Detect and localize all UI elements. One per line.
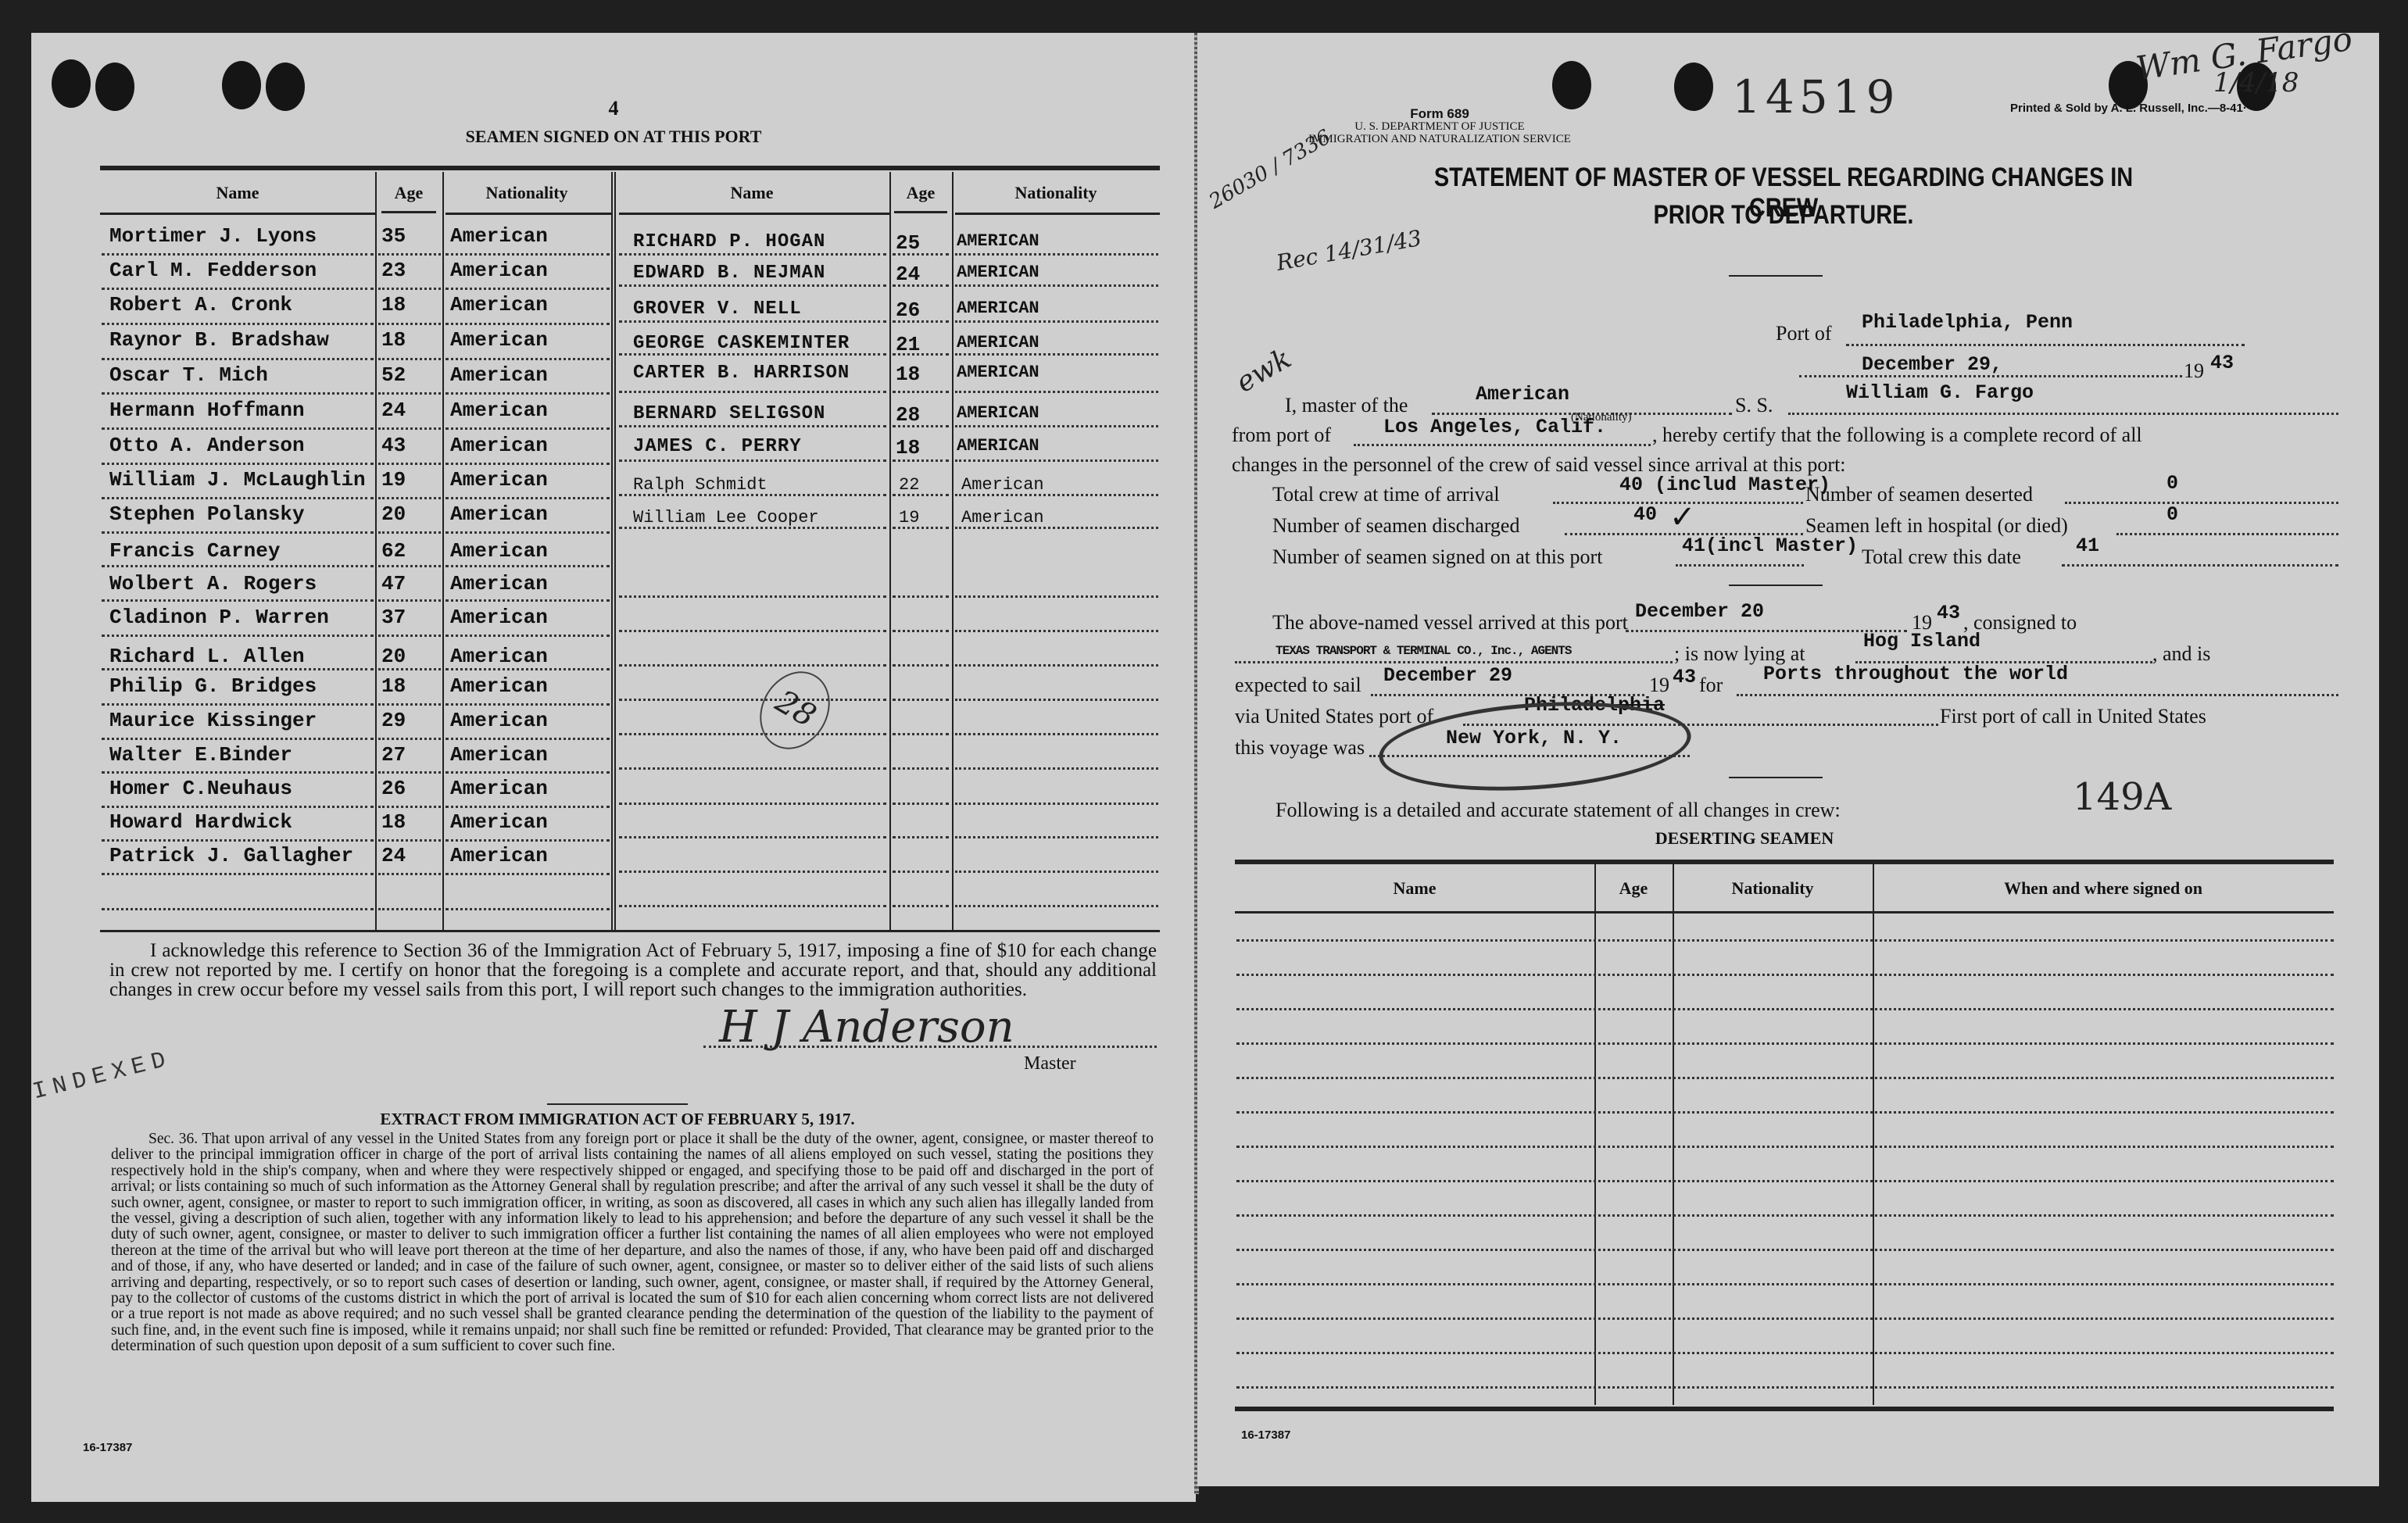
header-name: Name: [100, 183, 375, 203]
seaman-nationality: AMERICAN: [957, 436, 1039, 456]
table-row: Francis Carney62American: [31, 539, 611, 574]
signed-on-value: 41(incl Master): [1682, 534, 1858, 557]
certify-text: , hereby certify that the following is a…: [1652, 424, 2142, 447]
handwritten-code: 149A: [2073, 775, 2171, 819]
total-crew-value: 40 (includ Master): [1619, 474, 1830, 496]
vessel-line: [1788, 413, 2338, 415]
consignee-line: [1235, 661, 1673, 663]
seaman-nationality: American: [450, 674, 548, 698]
seaman-age: 26: [896, 299, 920, 322]
circled-count-annotation: 28: [746, 659, 844, 762]
seaman-age: 25: [896, 231, 920, 255]
total-today-label: Total crew this date: [1862, 545, 2021, 569]
punch-hole: [266, 63, 305, 111]
seaman-name: RICHARD P. HOGAN: [633, 231, 825, 252]
indexed-stamp: INDEXED: [30, 1046, 175, 1106]
seaman-nationality: American: [961, 508, 1044, 527]
deserted-value: 0: [2166, 472, 2178, 495]
seaman-age: 19: [899, 508, 919, 527]
punch-hole: [52, 59, 91, 108]
master-signature: H J Anderson: [719, 1002, 1014, 1053]
header-rule: [100, 213, 375, 215]
seaman-name: Wolbert A. Rogers: [109, 572, 317, 595]
from-port-value: Los Angeles, Calif.: [1383, 416, 1606, 438]
seaman-nationality: American: [450, 572, 548, 595]
table-row: Ralph Schmidt22American: [31, 475, 1160, 509]
signature-label: Master: [1024, 1053, 1076, 1074]
seaman-nationality: American: [450, 743, 548, 767]
seaman-nationality: American: [450, 539, 548, 563]
table-top-rule: [100, 166, 1160, 170]
arrival-value: December 20: [1635, 600, 1764, 623]
handwritten-initials: ewk: [1231, 342, 1297, 399]
from-port-line: [1354, 444, 1651, 446]
seaman-age: 26: [381, 777, 406, 800]
seaman-name: Cladinon P. Warren: [109, 606, 329, 629]
deserted-label: Number of seamen deserted: [1805, 483, 2033, 506]
master-nationality-value: American: [1476, 383, 1569, 406]
seaman-age: 47: [381, 572, 406, 595]
deserting-title: DESERTING SEAMEN: [1510, 828, 1979, 849]
from-port-label: from port of: [1232, 424, 1331, 447]
deserting-header-name: Name: [1235, 878, 1594, 899]
header-age-2: Age: [889, 183, 952, 203]
seaman-name: GROVER V. NELL: [633, 299, 802, 320]
seaman-age: 24: [381, 844, 406, 867]
section-title: SEAMEN SIGNED ON AT THIS PORT: [266, 127, 961, 147]
col-divider: [1594, 864, 1596, 1405]
seaman-age: 18: [896, 363, 920, 386]
following-text: Following is a detailed and accurate sta…: [1276, 799, 1841, 822]
seaman-name: CARTER B. HARRISON: [633, 363, 850, 384]
seaman-name: Walter E.Binder: [109, 743, 292, 767]
year-prefix: 19: [2184, 359, 2204, 383]
table-row: William Lee Cooper19American: [31, 508, 1160, 542]
seaman-age: 24: [896, 263, 920, 286]
hospital-value: 0: [2166, 503, 2178, 526]
seaman-name: Maurice Kissinger: [109, 709, 317, 732]
seaman-nationality: American: [450, 810, 548, 834]
seaman-nationality: American: [961, 475, 1044, 495]
deserting-header-rule: [1235, 911, 2334, 913]
seaman-name: GEORGE CASKEMINTER: [633, 333, 850, 354]
seaman-age: 18: [896, 436, 920, 459]
punch-hole: [222, 61, 261, 109]
form-code: 16-17387: [1241, 1428, 1290, 1442]
hospital-line: [2116, 533, 2338, 535]
consignee-value: TEXAS TRANSPORT & TERMINAL CO., Inc., AG…: [1276, 644, 1571, 658]
handwritten-note: 1/4/18: [2213, 67, 2299, 98]
form-title-line2: PRIOR TO DEPARTURE.: [1398, 200, 2169, 231]
seaman-nationality: AMERICAN: [957, 333, 1039, 352]
signed-on-label: Number of seamen signed on at this port: [1272, 545, 1602, 569]
punch-hole: [1552, 61, 1591, 109]
lying-value: Hog Island: [1863, 630, 1980, 652]
seaman-age: 28: [896, 403, 920, 427]
seaman-nationality: AMERICAN: [957, 299, 1039, 318]
divider: [1729, 777, 1823, 778]
handwritten-received-date: Rec 14/31/43: [1275, 225, 1424, 276]
seaman-name: Patrick J. Gallagher: [109, 844, 353, 867]
table-row: GROVER V. NELL26AMERICAN: [31, 299, 1160, 333]
deserting-table-top-rule: [1235, 860, 2334, 864]
divider: [1729, 585, 1823, 586]
form-code: 16-17387: [83, 1441, 132, 1454]
seaman-nationality: American: [450, 606, 548, 629]
seaman-name: EDWARD B. NEJMAN: [633, 263, 825, 284]
seaman-name: BERNARD SELIGSON: [633, 403, 825, 424]
deserting-header-age: Age: [1594, 878, 1673, 899]
vessel-name: William G. Fargo: [1846, 381, 2034, 404]
deserting-header-nationality: Nationality: [1673, 878, 1873, 899]
seaman-nationality: AMERICAN: [957, 263, 1039, 282]
handwritten-file-number: 14519: [1732, 70, 1900, 123]
via-label: via United States port of: [1235, 705, 1433, 728]
destination-line: [1737, 694, 2338, 696]
sail-label: expected to sail: [1235, 674, 1361, 697]
port-value: Philadelphia, Penn: [1862, 311, 2073, 334]
header-age: Age: [375, 183, 442, 203]
header-name-2: Name: [614, 183, 889, 203]
date-value: December 29,: [1862, 353, 2002, 376]
seaman-nationality: AMERICAN: [957, 231, 1039, 251]
header-nationality: Nationality: [442, 183, 611, 203]
left-page: 4 SEAMEN SIGNED ON AT THIS PORT Name Age…: [31, 33, 1196, 1502]
header-rule: [955, 213, 1160, 215]
seaman-age: 18: [381, 810, 406, 834]
seaman-age: 62: [381, 539, 406, 563]
table-bottom-rule: [100, 930, 1160, 932]
deserting-header-signed-on: When and where signed on: [1873, 878, 2334, 899]
table-row: BERNARD SELIGSON28AMERICAN: [31, 403, 1160, 438]
table-row: JAMES C. PERRY18AMERICAN: [31, 436, 1160, 470]
punch-hole: [95, 63, 134, 111]
signed-on-line: [1676, 564, 1804, 567]
voyage-label: this voyage was: [1235, 736, 1365, 760]
seaman-name: Richard L. Allen: [109, 645, 305, 668]
header-rule: [445, 213, 611, 215]
for-label: for: [1699, 674, 1723, 697]
seaman-age: 20: [381, 645, 406, 668]
seaman-age: 27: [381, 743, 406, 767]
deserted-line: [2065, 502, 2338, 504]
total-today-line: [2062, 564, 2338, 567]
right-page: Wm G. Fargo 1/4/18 14519 Printed & Sold …: [1197, 33, 2379, 1486]
seaman-nationality: American: [450, 709, 548, 732]
table-row: RICHARD P. HOGAN25AMERICAN: [31, 231, 1160, 266]
master-of-label: I, master of the: [1285, 394, 1408, 417]
discharged-value: 40: [1633, 503, 1657, 526]
form-number: Form 689: [1377, 106, 1502, 122]
seaman-name: Ralph Schmidt: [633, 475, 767, 495]
extract-title: EXTRACT FROM IMMIGRATION ACT OF FEBRUARY…: [188, 1110, 1047, 1129]
header-rule: [381, 211, 436, 213]
seaman-age: 18: [381, 674, 406, 698]
seaman-age: 22: [899, 475, 919, 495]
header-nationality-2: Nationality: [952, 183, 1160, 203]
col-divider: [1873, 864, 1874, 1405]
seaman-name: Howard Hardwick: [109, 810, 292, 834]
seaman-name: JAMES C. PERRY: [633, 436, 802, 457]
seaman-age: 29: [381, 709, 406, 732]
printer-credit: Printed & Sold by A. L. Russell, Inc.—8-…: [2010, 102, 2247, 115]
destination-value: Ports throughout the world: [1763, 663, 2068, 685]
discharged-label: Number of seamen discharged: [1272, 514, 1519, 538]
table-row: EDWARD B. NEJMAN24AMERICAN: [31, 263, 1160, 297]
year-value: 43: [2210, 352, 2234, 374]
deserting-table-bottom-rule: [1235, 1407, 2334, 1411]
extract-text: Sec. 36. That upon arrival of any vessel…: [111, 1132, 1154, 1355]
divider: [1729, 275, 1823, 277]
seaman-name: Philip G. Bridges: [109, 674, 317, 698]
punch-hole: [1674, 63, 1713, 111]
total-crew-label: Total crew at time of arrival: [1272, 483, 1500, 506]
seaman-nationality: AMERICAN: [957, 363, 1039, 382]
seaman-nationality: American: [450, 777, 548, 800]
port-line: [1846, 344, 2245, 346]
department-name: U. S. DEPARTMENT OF JUSTICE: [1307, 120, 1573, 134]
sail-year: 43: [1673, 666, 1696, 688]
col-divider: [1673, 864, 1674, 1405]
header-rule: [894, 211, 947, 213]
port-label: Port of: [1776, 322, 1832, 345]
seaman-name: William Lee Cooper: [633, 508, 819, 527]
seaman-nationality: AMERICAN: [957, 403, 1039, 423]
arrival-label: The above-named vessel arrived at this p…: [1272, 611, 1628, 635]
seaman-age: 37: [381, 606, 406, 629]
and-is-label: , and is: [2152, 642, 2210, 666]
ss-label: S. S.: [1735, 394, 1773, 417]
seaman-nationality: American: [450, 844, 548, 867]
handwritten-margin-number: 26030 / 7336: [1205, 125, 1335, 213]
divider: [547, 1103, 688, 1105]
sail-value: December 29: [1383, 664, 1512, 687]
seaman-name: Homer C.Neuhaus: [109, 777, 292, 800]
acknowledgement-text: I acknowledge this reference to Section …: [109, 941, 1157, 999]
arrival-year: 43: [1937, 602, 1960, 624]
total-today-value: 41: [2076, 534, 2099, 557]
page-number: 4: [578, 97, 649, 120]
first-call-label: First port of call in United States: [1940, 705, 2206, 728]
header-rule: [619, 213, 889, 215]
checkmark-icon: ✓: [1669, 499, 1696, 535]
seaman-name: Francis Carney: [109, 539, 280, 563]
seaman-nationality: American: [450, 645, 548, 668]
